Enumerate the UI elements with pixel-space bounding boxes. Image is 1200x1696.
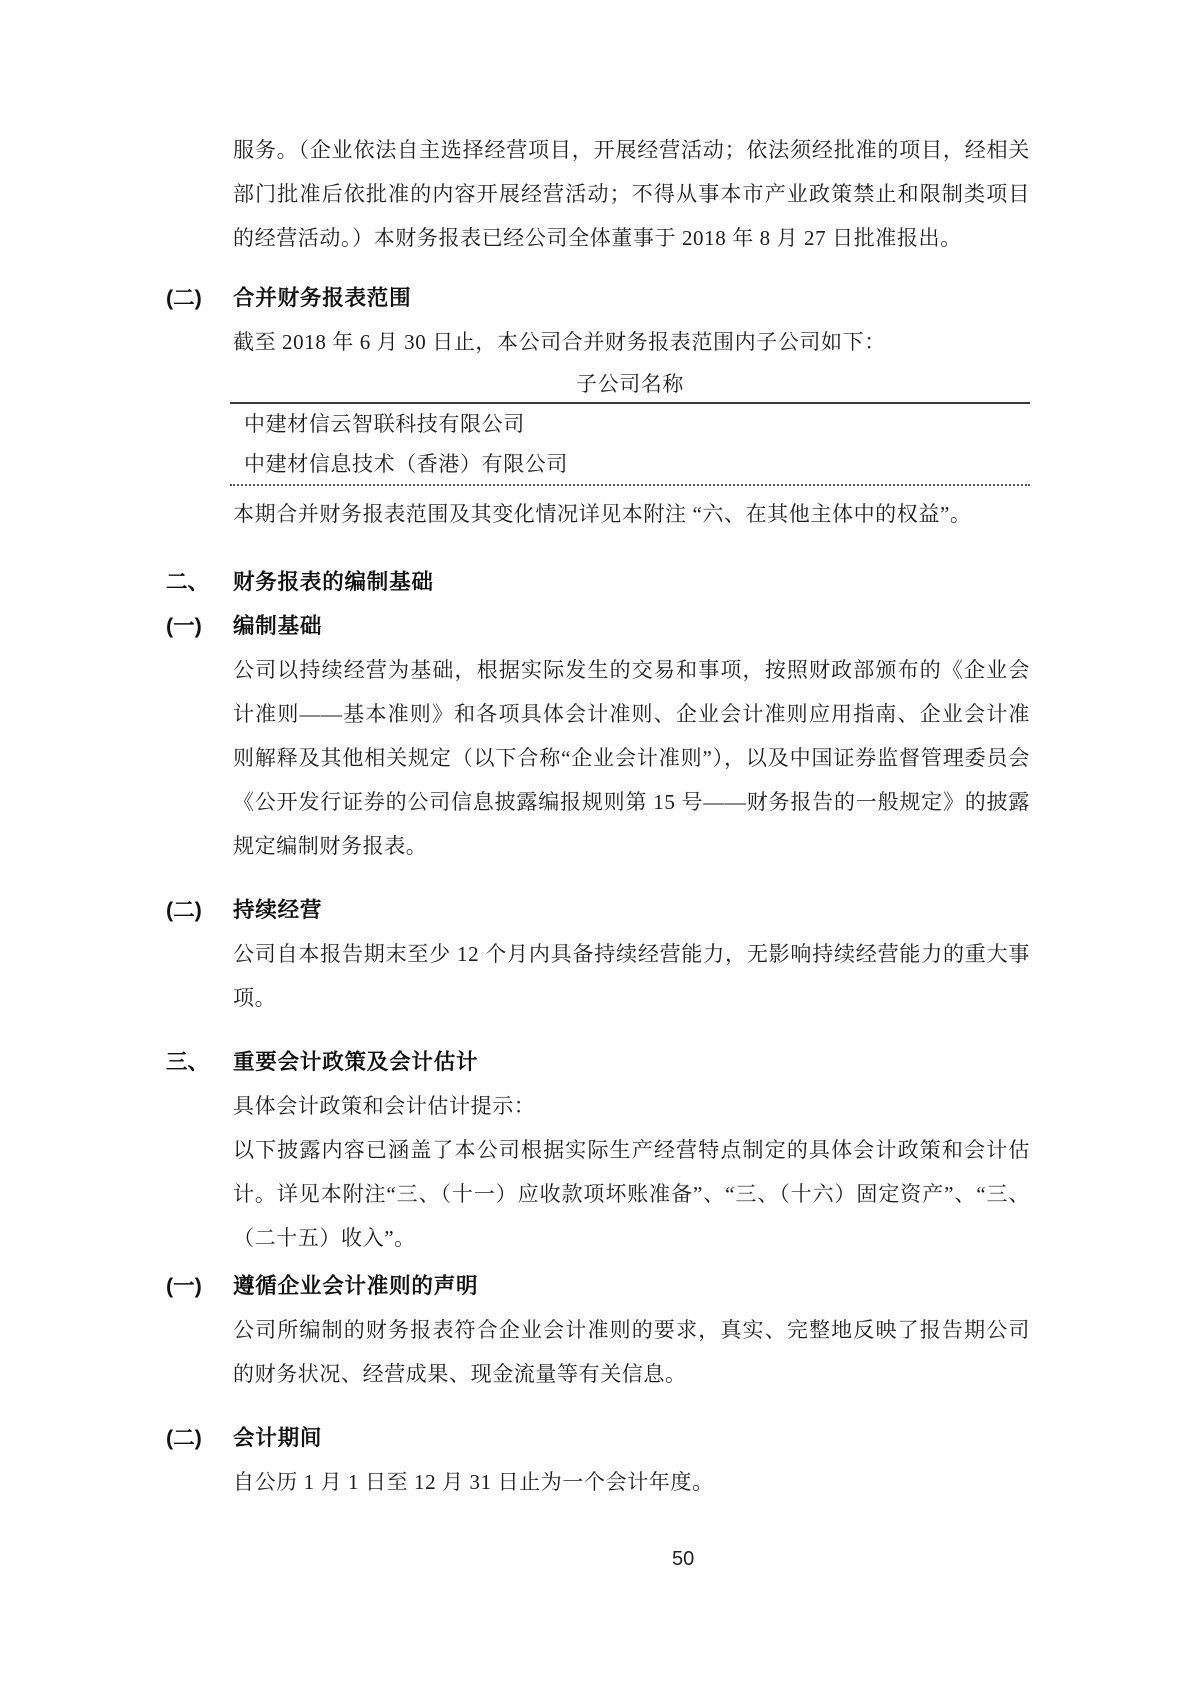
section-heading-going-concern: (二) 持续经营 bbox=[166, 888, 1030, 932]
section-title: 会计期间 bbox=[233, 1416, 1030, 1460]
section-title: 合并财务报表范围 bbox=[233, 276, 1030, 320]
section-label: 二、 bbox=[166, 560, 233, 604]
section-title: 编制基础 bbox=[233, 604, 1030, 648]
consolidation-lead-paragraph: 截至 2018 年 6 月 30 日止，本公司合并财务报表范围内子公司如下： bbox=[233, 320, 1030, 364]
compliance-paragraph: 公司所编制的财务报表符合企业会计准则的要求，真实、完整地反映了报告期公司的财务状… bbox=[233, 1308, 1030, 1396]
table-row: 中建材信云智联科技有限公司 bbox=[230, 404, 1030, 444]
section-title: 财务报表的编制基础 bbox=[233, 560, 1030, 604]
accounting-period-paragraph: 自公历 1 月 1 日至 12 月 31 日止为一个会计年度。 bbox=[233, 1460, 1030, 1504]
consolidation-note-paragraph: 本期合并财务报表范围及其变化情况详见本附注 “六、在其他主体中的权益”。 bbox=[233, 492, 1030, 536]
section-heading-basis: (一) 编制基础 bbox=[166, 604, 1030, 648]
section-heading-accounting-policies: 三、 重要会计政策及会计估计 bbox=[166, 1040, 1030, 1084]
policies-paragraph: 以下披露内容已涵盖了本公司根据实际生产经营特点制定的具体会计政策和会计估计。详见… bbox=[233, 1128, 1030, 1260]
section-heading-preparation-basis: 二、 财务报表的编制基础 bbox=[166, 560, 1030, 604]
intro-paragraph: 服务。（企业依法自主选择经营项目，开展经营活动；依法须经批准的项目，经相关部门批… bbox=[233, 128, 1030, 260]
section-title: 遵循企业会计准则的声明 bbox=[233, 1264, 1030, 1308]
section-heading-compliance-statement: (一) 遵循企业会计准则的声明 bbox=[166, 1264, 1030, 1308]
section-label: (一) bbox=[166, 604, 233, 648]
going-concern-paragraph: 公司自本报告期末至少 12 个月内具备持续经营能力，无影响持续经营能力的重大事项… bbox=[233, 932, 1030, 1020]
policies-lead-paragraph: 具体会计政策和会计估计提示： bbox=[233, 1084, 1030, 1128]
page-content: 服务。（企业依法自主选择经营项目，开展经营活动；依法须经批准的项目，经相关部门批… bbox=[166, 128, 1030, 1504]
section-label: (二) bbox=[166, 276, 233, 320]
section-title: 重要会计政策及会计估计 bbox=[233, 1040, 1030, 1084]
section-heading-accounting-period: (二) 会计期间 bbox=[166, 1416, 1030, 1460]
page-number: 50 bbox=[672, 1548, 694, 1571]
basis-paragraph: 公司以持续经营为基础，根据实际发生的交易和事项，按照财政部颁布的《企业会计准则—… bbox=[233, 648, 1030, 868]
subsidiaries-table-header: 子公司名称 bbox=[230, 366, 1030, 404]
section-label: (二) bbox=[166, 1416, 233, 1460]
section-label: 三、 bbox=[166, 1040, 233, 1084]
section-heading-consolidation-scope: (二) 合并财务报表范围 bbox=[166, 276, 1030, 320]
subsidiaries-table: 子公司名称 中建材信云智联科技有限公司 中建材信息技术（香港）有限公司 bbox=[230, 366, 1030, 486]
document-page: 服务。（企业依法自主选择经营项目，开展经营活动；依法须经批准的项目，经相关部门批… bbox=[0, 0, 1200, 1696]
table-row: 中建材信息技术（香港）有限公司 bbox=[230, 444, 1030, 484]
section-label: (一) bbox=[166, 1264, 233, 1308]
section-label: (二) bbox=[166, 888, 233, 932]
section-title: 持续经营 bbox=[233, 888, 1030, 932]
